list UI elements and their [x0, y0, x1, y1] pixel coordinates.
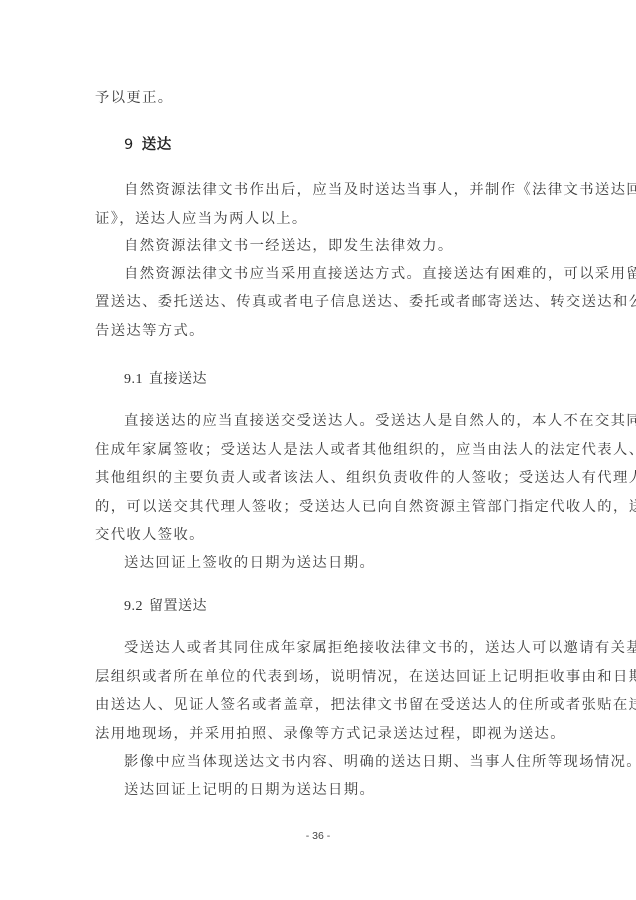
section-title: 送达: [142, 137, 172, 153]
paragraph-line: 自然资源法律文书一经送达，即发生法律效力。: [124, 236, 541, 256]
paragraph-line: 受送达人或者其同住成年家属拒绝接收法律文书的，送达人可以邀请有关基: [124, 638, 541, 658]
subsection-number: 9.1: [124, 372, 143, 387]
subsection-number: 9.2: [124, 599, 143, 614]
page-number: - 36 -: [0, 830, 636, 842]
paragraph-line: 的，可以送交其代理人签收；受送达人已向自然资源主管部门指定代收人的，送: [95, 497, 541, 517]
subsection-title: 直接送达: [149, 371, 207, 387]
subsection-heading: 9.2留置送达: [124, 596, 207, 617]
paragraph-line: 法用地现场，并采用拍照、录像等方式记录送达过程，即视为送达。: [95, 724, 541, 744]
paragraph-line: 由送达人、见证人签名或者盖章，把法律文书留在受送达人的住所或者张贴在违: [95, 695, 541, 715]
paragraph-line: 其他组织的主要负责人或者该法人、组织负责收件的人签收；受送达人有代理人: [95, 468, 541, 488]
paragraph-line: 证》，送达人应当为两人以上。: [95, 209, 541, 229]
paragraph-line: 置送达、委托送达、传真或者电子信息送达、委托或者邮寄送达、转交送达和公: [95, 292, 541, 312]
paragraph-line: 直接送达的应当直接送交受送达人。受送达人是自然人的，本人不在交其同: [124, 411, 541, 431]
paragraph-line: 层组织或者所在单位的代表到场，说明情况，在送达回证上记明拒收事由和日期，: [95, 667, 541, 687]
paragraph-line: 交代收人签收。: [95, 525, 541, 545]
subsection-heading: 9.1直接送达: [124, 369, 207, 390]
document-page: 予以更正。 9送达 自然资源法律文书作出后，应当及时送达当事人，并制作《法律文书…: [0, 0, 636, 900]
subsection-title: 留置送达: [149, 598, 207, 614]
paragraph-line: 送达回证上签收的日期为送达日期。: [124, 553, 541, 573]
paragraph-line: 住成年家属签收；受送达人是法人或者其他组织的，应当由法人的法定代表人、: [95, 440, 541, 460]
paragraph-line: 告送达等方式。: [95, 321, 541, 341]
section-heading: 9送达: [124, 135, 172, 155]
paragraph-line: 自然资源法律文书应当采用直接送达方式。直接送达有困难的，可以采用留: [124, 264, 541, 284]
paragraph-line: 送达回证上记明的日期为送达日期。: [124, 780, 541, 800]
paragraph-line: 影像中应当体现送达文书内容、明确的送达日期、当事人住所等现场情况。: [124, 752, 541, 772]
continuation-text: 予以更正。: [95, 88, 541, 108]
section-number: 9: [124, 137, 134, 153]
paragraph-line: 自然资源法律文书作出后，应当及时送达当事人，并制作《法律文书送达回: [124, 180, 541, 200]
